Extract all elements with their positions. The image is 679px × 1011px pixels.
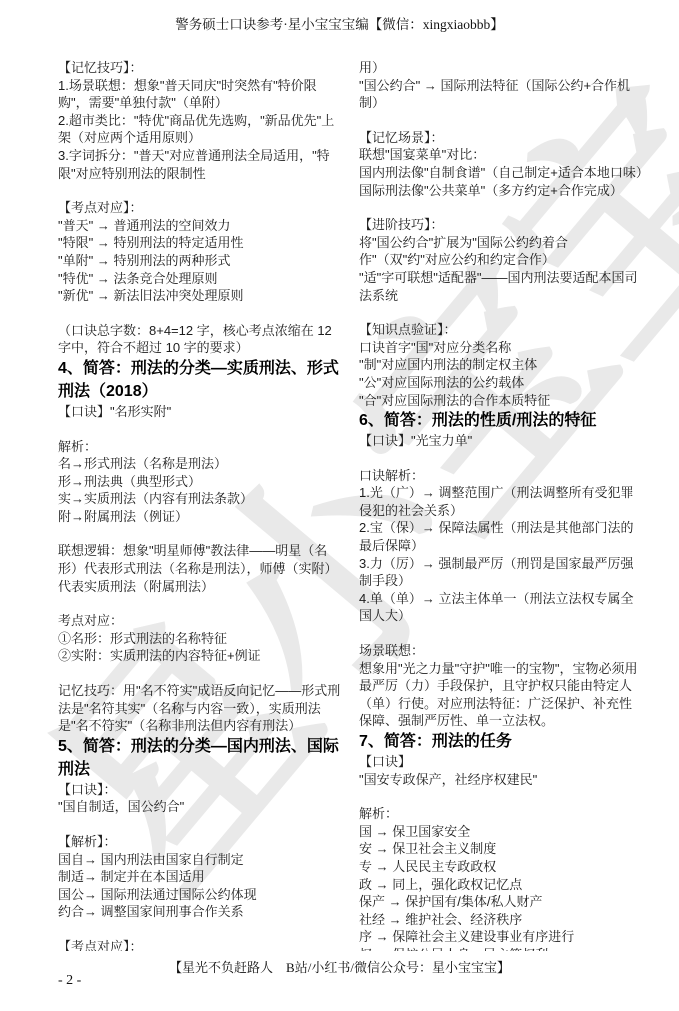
paragraph: 1.光（广）→ 调整范围广（刑法调整所有受犯罪侵犯的社会关系） — [359, 484, 644, 519]
paragraph: 将"国公约合"扩展为"国际公约约着合作"（双"约"对应公约和约定合作） — [359, 234, 644, 269]
paragraph: "国公约合" → 国际刑法特征（国际公约+合作机制） — [359, 77, 644, 112]
paragraph: 解析： — [359, 805, 644, 823]
section-heading: 6、简答：刑法的性质/刑法的特征 — [359, 409, 644, 432]
section-heading: 5、简答：刑法的分类—国内刑法、国际刑法 — [58, 735, 343, 781]
paragraph: ②实附：实质刑法的内容特征+例证 — [58, 647, 343, 665]
paragraph: 社经 → 维护社会、经济秩序 — [359, 911, 644, 929]
paragraph: 形→刑法典（典型形式） — [58, 473, 343, 491]
paragraph: 【知识点验证】： — [359, 321, 644, 339]
paragraph-spacer — [359, 199, 644, 216]
paragraph: 2.超市类比："特优"商品优先选购，"新品优先"上架（对应两个适用原则） — [58, 112, 343, 147]
paragraph: "制"对应国内刑法的制定权主体 — [359, 356, 644, 374]
paragraph: "新优" → 新法旧法冲突处理原则 — [58, 287, 343, 305]
paragraph-spacer — [58, 595, 343, 612]
paragraph: "单附" → 特别刑法的两种形式 — [58, 252, 343, 270]
paragraph: 记忆技巧：用"名不符实"成语反向记忆——形式刑法是"名符其实"（名称与内容一致）… — [58, 682, 343, 735]
paragraph: ①名形：形式刑法的名称特征 — [58, 630, 343, 648]
paragraph: 国内刑法像"自制食谱"（自己制定+适合本地口味） — [359, 164, 644, 182]
page-number: - 2 - — [58, 973, 81, 989]
paragraph: 附→附属刑法（例证） — [58, 508, 343, 526]
paragraph: 名→形式刑法（名称是刑法） — [58, 455, 343, 473]
paragraph: "合"对应国际刑法的合作本质特征 — [359, 392, 644, 410]
paragraph-spacer — [359, 304, 644, 321]
document-body: 【记忆技巧】：1.场景联想：想象"普天同庆"时突然有"特价限购"，需要"单独付款… — [58, 59, 644, 951]
paragraph: 口诀解析： — [359, 467, 644, 485]
paragraph: 国公→ 国际刑法通过国际公约体现 — [58, 886, 343, 904]
paragraph: 4.单（单）→ 立法主体单一（刑法立法权专属全国人大） — [359, 590, 644, 625]
paragraph-spacer — [58, 305, 343, 322]
paragraph: 【口诀】"名形实附" — [58, 403, 343, 421]
section-heading: 4、简答：刑法的分类—实质刑法、形式刑法（2018） — [58, 357, 343, 403]
paragraph: "适"字可联想"适配器"——国内刑法要适配本国司法系统 — [359, 269, 644, 304]
paragraph: 【进阶技巧】： — [359, 216, 644, 234]
paragraph: 制适→ 制定并在本国适用 — [58, 868, 343, 886]
paragraph: 专 → 人民民主专政政权 — [359, 858, 644, 876]
paragraph: 3.字词拆分："普天"对应普通刑法全局适用，"特限"对应特别刑法的限制性 — [58, 147, 343, 182]
right-column: 用）"国公约合" → 国际刑法特征（国际公约+合作机制）【记忆场景】：联想"国宴… — [359, 59, 644, 951]
paragraph: 【口诀】： — [58, 781, 343, 799]
paragraph-spacer — [58, 421, 343, 438]
paragraph: 用） — [359, 59, 644, 77]
paragraph: "普天" → 普通刑法的空间效力 — [58, 217, 343, 235]
paragraph-spacer — [58, 525, 343, 542]
paragraph: 【考点对应】： — [58, 938, 343, 951]
paragraph: 2.宝（保）→ 保障法属性（刑法是其他部门法的最后保障） — [359, 519, 644, 554]
paragraph-spacer — [359, 450, 644, 467]
paragraph: 考点对应： — [58, 612, 343, 630]
paragraph: 安 → 保卫社会主义制度 — [359, 840, 644, 858]
paragraph: 联想逻辑：想象"明星师傅"教法律——明星（名形）代表形式刑法（名称是刑法），师傅… — [58, 542, 343, 595]
paragraph: 【记忆场景】： — [359, 129, 644, 147]
paragraph: 3.力（厉）→ 强制最严厉（刑罚是国家最严厉强制手段） — [359, 555, 644, 590]
paragraph: 国自→ 国内刑法由国家自行制定 — [58, 851, 343, 869]
paragraph-spacer — [58, 921, 343, 938]
paragraph: 序 → 保障社会主义建设事业有序进行 — [359, 928, 644, 946]
paragraph-spacer — [359, 112, 644, 129]
paragraph: 【口诀】"光宝力单" — [359, 432, 644, 450]
paragraph: "特限" → 特别刑法的特定适用性 — [58, 234, 343, 252]
section-heading: 7、简答：刑法的任务 — [359, 730, 644, 753]
page-footer: 【星光不负赶路人 B站/小红书/微信公众号：星小宝宝宝】 — [0, 957, 679, 976]
page-header: 警务硕士口诀参考·星小宝宝宝编【微信：xingxiaobbb】 — [0, 13, 679, 33]
paragraph: 【考点对应】： — [58, 199, 343, 217]
paragraph: 国 → 保卫国家安全 — [359, 823, 644, 841]
paragraph-spacer — [359, 788, 644, 805]
paragraph: 保产 → 保护国有/集体/私人财产 — [359, 893, 644, 911]
paragraph: 权 → 保护公民人身、民主等权利 — [359, 946, 644, 951]
paragraph: "国安专政保产，社经序权建民" — [359, 771, 644, 789]
paragraph: 想象用"光之力量"守护"唯一的宝物"，宝物必须用最严厉（力）手段保护，且守护权只… — [359, 660, 644, 730]
paragraph: "公"对应国际刑法的公约载体 — [359, 374, 644, 392]
paragraph: 【记忆技巧】： — [58, 59, 343, 77]
paragraph-spacer — [58, 816, 343, 833]
paragraph: 【口诀】 — [359, 753, 644, 771]
paragraph: 场景联想： — [359, 642, 644, 660]
paragraph: 口诀首字"国"对应分类名称 — [359, 339, 644, 357]
paragraph: 1.场景联想：想象"普天同庆"时突然有"特价限购"，需要"单独付款"（单附） — [58, 77, 343, 112]
paragraph: 解析： — [58, 438, 343, 456]
paragraph: 国际刑法像"公共菜单"（多方约定+合作完成） — [359, 182, 644, 200]
left-column: 【记忆技巧】：1.场景联想：想象"普天同庆"时突然有"特价限购"，需要"单独付款… — [58, 59, 343, 951]
paragraph-spacer — [58, 665, 343, 682]
paragraph: 约合→ 调整国家间刑事合作关系 — [58, 903, 343, 921]
paragraph: 联想"国宴菜单"对比： — [359, 146, 644, 164]
document-page: 星小宝宝 警务硕士口诀参考·星小宝宝宝编【微信：xingxiaobbb】 【记忆… — [0, 0, 679, 1011]
paragraph: 【解析】： — [58, 833, 343, 851]
paragraph: "国自制适，国公约合" — [58, 798, 343, 816]
paragraph-spacer — [58, 182, 343, 199]
paragraph-spacer — [359, 625, 644, 642]
paragraph: "特优" → 法条竞合处理原则 — [58, 270, 343, 288]
paragraph: 政 → 同上，强化政权记忆点 — [359, 876, 644, 894]
paragraph: （口诀总字数：8+4=12 字，核心考点浓缩在 12 字中，符合不超过 10 字… — [58, 322, 343, 357]
paragraph: 实→实质刑法（内容有刑法条款） — [58, 490, 343, 508]
